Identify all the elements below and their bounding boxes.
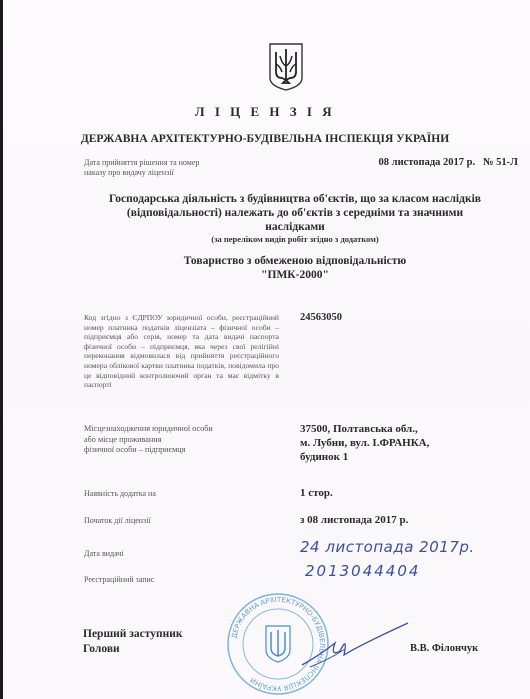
signatory-name: В.В. Філончук (410, 643, 478, 654)
appendix-label: Наявність додатка на (84, 489, 264, 499)
activity-line3: наслідками (60, 220, 530, 234)
issue-date-handwritten: 24 листопада 2017р. (300, 538, 475, 556)
start-date-label: Початок дії ліцензії (84, 516, 264, 526)
address-value-line2: м. Лубни, вул. І.ФРАНКА, (300, 436, 500, 450)
code-value: 24563050 (300, 312, 342, 323)
signatory-title: Перший заступник Голови (83, 627, 183, 657)
decision-value: 08 листопада 2017 р. № 51-Л (308, 157, 518, 168)
address-label-line2: або місце проживання (84, 435, 264, 446)
activity-line1: Господарська діяльність з будівництва об… (60, 192, 530, 206)
appendix-value: 1 стор. (300, 487, 333, 499)
address-label-line1: Місцезнаходження юридичної особи (84, 424, 264, 435)
address-value-line3: будинок 1 (300, 450, 500, 464)
activity-note: (за переліком видів робіт згідно з додат… (60, 234, 530, 244)
address-label: Місцезнаходження юридичної особи або міс… (84, 424, 264, 456)
registry-label: Реєстраційний запис (84, 575, 264, 585)
signatory-title-line1: Перший заступник (83, 627, 183, 642)
ukraine-coat-of-arms-icon (268, 42, 304, 92)
company-name: Товариство з обмеженою відповідальністю … (60, 254, 530, 282)
decision-label: Дата прийняття рішення та номер наказу п… (84, 158, 264, 178)
decision-label-line2: наказу про видачу ліцензії (84, 168, 264, 178)
signatory-title-line2: Голови (83, 642, 183, 657)
issuing-authority: ДЕРЖАВНА АРХІТЕКТУРНО-БУДІВЕЛЬНА ІНСПЕКЦ… (0, 133, 530, 145)
activity-line2: (відповідальності) належать до об'єктів … (60, 206, 530, 220)
activity-description: Господарська діяльність з будівництва об… (60, 192, 530, 234)
address-value: 37500, Полтавська обл., м. Лубни, вул. І… (300, 422, 500, 464)
address-label-line3: фізичної особи – підприємця (84, 445, 264, 456)
start-date-value: з 08 листопада 2017 р. (300, 514, 408, 526)
code-label: Код згідно з ЄДРПОУ юридичної особи, реє… (84, 313, 279, 390)
decision-label-line1: Дата прийняття рішення та номер (84, 158, 264, 168)
company-line1: Товариство з обмеженою відповідальністю (60, 254, 530, 268)
issue-date-label: Дата видачі (84, 549, 264, 559)
address-value-line1: 37500, Полтавська обл., (300, 422, 500, 436)
signature-icon (300, 615, 410, 675)
company-line2: "ПМК-2000" (60, 268, 530, 282)
registry-handwritten: 2013044404 (305, 562, 420, 580)
document-title: Л І Ц Е Н З І Я (0, 104, 530, 120)
